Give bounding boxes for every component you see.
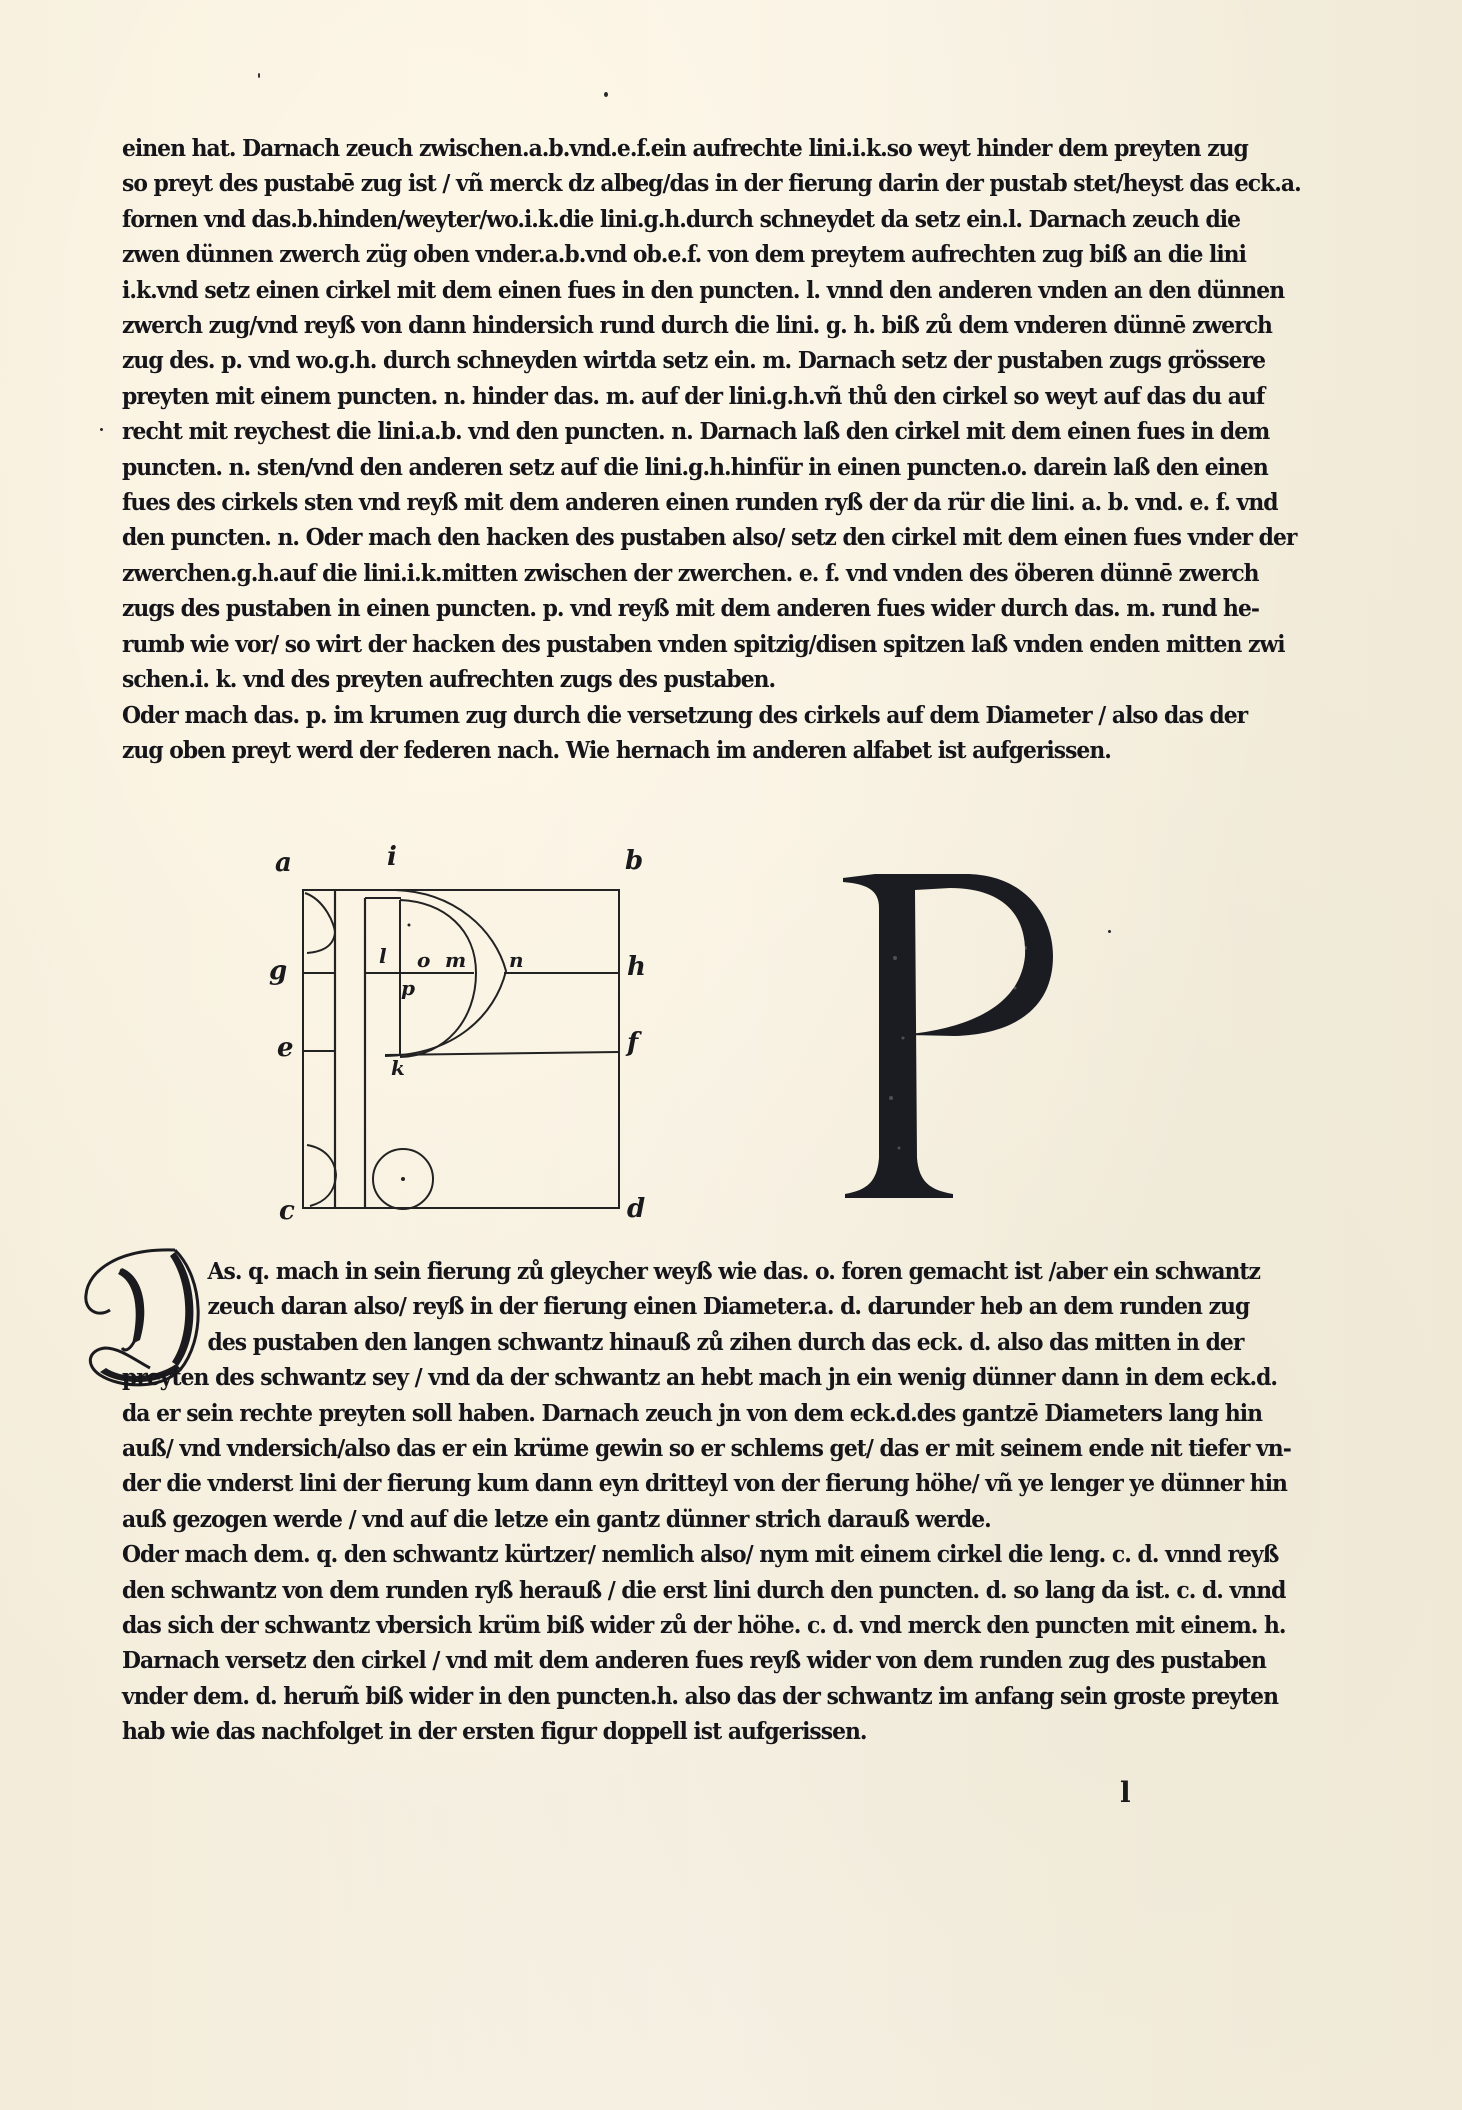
text-line: so preyt des pustabē zug ist / vñ merck … — [122, 166, 1210, 201]
section-q-text: As. q. mach in sein fierung zů gleycher … — [122, 1254, 1292, 1750]
text-line: vnder dem. d. herum̃ biß wider in den pu… — [122, 1679, 1210, 1714]
text-line: der die vnderst lini der fierung kum dan… — [122, 1466, 1210, 1501]
text-line: das sich der schwantz vbersich krüm biß … — [122, 1608, 1210, 1643]
text-line: Oder mach das. p. im krumen zug durch di… — [122, 698, 1210, 733]
text-line: zwerch zug/vnd reyß von dann hindersich … — [122, 308, 1210, 343]
text-line: fues des cirkels sten vnd reyß mit dem a… — [122, 485, 1210, 520]
label-b: b — [625, 848, 643, 874]
book-page: einen hat. Darnach zeuch zwischen.a.b.vn… — [0, 0, 1462, 2110]
text-line: puncten. n. sten/vnd den anderen setz au… — [122, 450, 1210, 485]
text-line: zwerchen.g.h.auf die lini.i.k.mitten zwi… — [122, 556, 1210, 591]
label-c: c — [279, 1198, 295, 1224]
text-line: Oder mach dem. q. den schwantz kürtzer/ … — [122, 1537, 1210, 1572]
text-line: zug des. p. vnd wo.g.h. durch schneyden … — [122, 343, 1210, 378]
text-line: hab wie das nachfolget in der ersten fig… — [122, 1714, 1210, 1749]
text-line: zugs des pustaben in einen puncten. p. v… — [122, 591, 1210, 626]
text-line: zeuch daran also/ reyß in der fierung ei… — [122, 1289, 1210, 1324]
text-line: da er sein rechte preyten soll haben. Da… — [122, 1396, 1210, 1431]
text-line: preyten mit einem puncten. n. hinder das… — [122, 379, 1210, 414]
letter-p-construction-diagram: a i b g h e f l o m n p k c d — [255, 830, 675, 1240]
ink-speck — [1108, 930, 1111, 933]
text-line: zwen dünnen zwerch züg oben vnder.a.b.vn… — [122, 237, 1210, 272]
label-i: i — [387, 844, 397, 870]
text-line: As. q. mach in sein fierung zů gleycher … — [122, 1254, 1210, 1289]
construction-lines — [255, 830, 675, 1240]
label-a: a — [275, 850, 292, 876]
section-p-text: einen hat. Darnach zeuch zwischen.a.b.vn… — [122, 131, 1292, 768]
letter-p-glyph — [815, 838, 1075, 1208]
text-line: den schwantz von dem runden ryß herauß /… — [122, 1573, 1210, 1608]
text-line: schen.i. k. vnd des preyten aufrechten z… — [122, 662, 1210, 697]
text-line: auß gezogen werde / vnd auf die letze ei… — [122, 1502, 1210, 1537]
catchword: l — [1120, 1776, 1140, 1806]
text-line: preyten des schwantz sey / vnd da der sc… — [122, 1360, 1210, 1395]
label-o: o — [417, 950, 430, 970]
label-d: d — [627, 1196, 645, 1222]
label-f: f — [627, 1030, 638, 1056]
text-line: des pustaben den langen schwantz hinauß … — [122, 1325, 1210, 1360]
label-m: m — [445, 950, 466, 970]
text-line: Darnach versetz den cirkel / vnd mit dem… — [122, 1643, 1210, 1678]
label-g: g — [269, 958, 287, 984]
text-line: den puncten. n. Oder mach den hacken des… — [122, 520, 1210, 555]
label-h: h — [627, 954, 646, 980]
text-line: zug oben preyt werd der federen nach. Wi… — [122, 733, 1210, 768]
text-line: einen hat. Darnach zeuch zwischen.a.b.vn… — [122, 131, 1210, 166]
text-line: rumb wie vor/ so wirt der hacken des pus… — [122, 627, 1210, 662]
text-line: auß/ vnd vndersich/also das er ein krüme… — [122, 1431, 1210, 1466]
ink-speck — [258, 73, 260, 78]
roman-capital-p-woodcut — [815, 838, 1075, 1208]
text-line: fornen vnd das.b.hinden/weyter/wo.i.k.di… — [122, 202, 1210, 237]
label-n: n — [509, 950, 524, 970]
label-e: e — [277, 1035, 294, 1061]
label-p: p — [401, 978, 415, 998]
ink-speck — [604, 92, 608, 97]
text-line: i.k.vnd setz einen cirkel mit dem einen … — [122, 273, 1210, 308]
ink-speck — [100, 428, 103, 431]
text-line: recht mit reychest die lini.a.b. vnd den… — [122, 414, 1210, 449]
label-l: l — [379, 946, 387, 966]
label-k: k — [391, 1058, 405, 1078]
